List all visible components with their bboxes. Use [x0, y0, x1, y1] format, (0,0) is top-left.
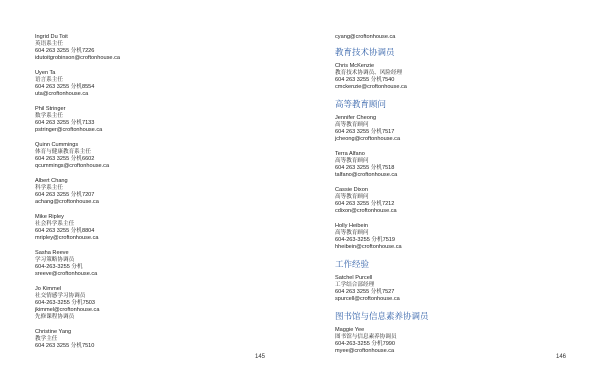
contact-title: 体育与健康教育系主任 [35, 149, 120, 156]
contact-title: 数学系主任 [35, 113, 120, 120]
contact-phone: 604 263 3255 分机7510 [35, 343, 120, 350]
contact-email: talfano@croftonhouse.ca [335, 172, 429, 179]
contact-name: Ingrid Du Toit [35, 34, 120, 41]
contact-title: 教育技术协调员、风险经理 [335, 70, 429, 77]
contact-email: myee@croftonhouse.ca [335, 348, 429, 355]
contact-entry: Christine Yang 教学主任 604 263 3255 分机7510 [35, 329, 120, 350]
contact-title: 工学结合部经理 [335, 282, 429, 289]
contact-email: cdixon@croftonhouse.ca [335, 208, 429, 215]
contact-email: spurcell@croftonhouse.ca [335, 296, 429, 303]
section-heading: 工作经验 [335, 259, 429, 270]
section-heading: 教育技术协调员 [335, 47, 429, 58]
contact-entry: Holly Heibein 高等教育顾问 604-263-3255 分机7519… [335, 223, 429, 251]
contact-email: cyang@croftonhouse.ca [335, 34, 429, 41]
contact-name: Cassie Dixon [335, 187, 429, 194]
contact-email: qcummings@croftonhouse.ca [35, 163, 120, 170]
contact-title: 社交情感学习协调员 [35, 293, 120, 300]
contact-name: Holly Heibein [335, 223, 429, 230]
left-page: Ingrid Du Toit 英语系主任 604 263 3255 分机7226… [0, 0, 300, 388]
page-number: 145 [255, 354, 265, 361]
contact-name: Mike Ripley [35, 214, 120, 221]
contact-title: 科学系主任 [35, 185, 120, 192]
contact-email: pstringer@croftonhouse.ca [35, 127, 120, 134]
contact-name: Jennifer Cheong [335, 115, 429, 122]
contact-name: Sasha Reeve [35, 250, 120, 257]
contact-email: hheibein@croftonhouse.ca [335, 244, 429, 251]
contact-title: 高等教育顾问 [335, 158, 429, 165]
contact-name: Satchel Purcell [335, 275, 429, 282]
contact-entry: Quinn Cummings 体育与健康教育系主任 604 263 3255 分… [35, 142, 120, 170]
contact-phone: 604 263 3255 分机7212 [335, 201, 429, 208]
contact-title: 图书馆与信息素养协调员 [335, 334, 429, 341]
contact-entry: Mike Ripley 社会科学系主任 604 263 3255 分机8804 … [35, 214, 120, 242]
contact-email: cmckenzie@croftonhouse.ca [335, 84, 429, 91]
contact-phone: 604 263 3255 分机7518 [335, 165, 429, 172]
section-heading: 高等教育顾问 [335, 99, 429, 110]
contact-entry: Jo Kimmel 社交情感学习协调员 604-263-3255 分机7503 … [35, 286, 120, 321]
right-page: cyang@croftonhouse.ca 教育技术协调员 Chris McKe… [300, 0, 600, 388]
contact-phone: 604 263 3255 分机8804 [35, 228, 120, 235]
contact-entry: Satchel Purcell 工学结合部经理 604 263 3255 分机7… [335, 275, 429, 303]
contact-extra-title: 先修课程协调员 [35, 314, 120, 321]
left-contact-column: Ingrid Du Toit 英语系主任 604 263 3255 分机7226… [35, 34, 120, 358]
contact-phone: 604 263 3255 分机7226 [35, 48, 120, 55]
contact-phone: 604 263 3255 分机7527 [335, 289, 429, 296]
contact-title: 高等教育顾问 [335, 194, 429, 201]
contact-name: Jo Kimmel [35, 286, 120, 293]
contact-entry: Terra Alfano 高等教育顾问 604 263 3255 分机7518 … [335, 151, 429, 179]
contact-entry: Cassie Dixon 高等教育顾问 604 263 3255 分机7212 … [335, 187, 429, 215]
contact-phone: 604 263 3255 分机6602 [35, 156, 120, 163]
contact-name: Terra Alfano [335, 151, 429, 158]
contact-entry: Uyen Ta 语言系主任 604 263 3255 分机8554 uta@cr… [35, 70, 120, 98]
contact-phone: 604 263 3255 分机7207 [35, 192, 120, 199]
contact-phone: 604-263-3255 分机7519 [335, 237, 429, 244]
contact-entry: Chris McKenzie 教育技术协调员、风险经理 604 263 3255… [335, 63, 429, 91]
contact-email: uta@croftonhouse.ca [35, 91, 120, 98]
contact-title: 学习策略协调员 [35, 257, 120, 264]
contact-phone: 604-263-3255 分机7503 [35, 300, 120, 307]
contact-phone: 604-263-3255 分机 [35, 264, 120, 271]
contact-name: Maggie Yee [335, 327, 429, 334]
contact-phone: 604 263 3255 分机7517 [335, 129, 429, 136]
contact-phone: 604 263 3255 分机7133 [35, 120, 120, 127]
contact-name: Phil Stringer [35, 106, 120, 113]
contact-email: achang@croftonhouse.ca [35, 199, 120, 206]
right-contact-column: cyang@croftonhouse.ca 教育技术协调员 Chris McKe… [335, 34, 429, 363]
contact-email: mripley@croftonhouse.ca [35, 235, 120, 242]
contact-name: Christine Yang [35, 329, 120, 336]
contact-email: jcheong@croftonhouse.ca [335, 136, 429, 143]
contact-phone: 604-263-3255 分机7990 [335, 341, 429, 348]
contact-title: 社会科学系主任 [35, 221, 120, 228]
contact-phone: 604 263 3255 分机7540 [335, 77, 429, 84]
contact-name: Quinn Cummings [35, 142, 120, 149]
contact-title: 高等教育顾问 [335, 230, 429, 237]
section-heading: 图书馆与信息素养协调员 [335, 311, 429, 322]
contact-title: 语言系主任 [35, 77, 120, 84]
contact-title: 教学主任 [35, 336, 120, 343]
contact-entry: Jennifer Cheong 高等教育顾问 604 263 3255 分机75… [335, 115, 429, 143]
contact-name: Albert Chang [35, 178, 120, 185]
contact-email: jkimmel@croftonhouse.ca [35, 307, 120, 314]
contact-email: idutoitgrobinson@croftonhouse.ca [35, 55, 120, 62]
contact-entry: Ingrid Du Toit 英语系主任 604 263 3255 分机7226… [35, 34, 120, 62]
contact-phone: 604 263 3255 分机8554 [35, 84, 120, 91]
contact-email: sreeve@croftonhouse.ca [35, 271, 120, 278]
contact-name: Chris McKenzie [335, 63, 429, 70]
contact-title: 英语系主任 [35, 41, 120, 48]
contact-entry: Maggie Yee 图书馆与信息素养协调员 604-263-3255 分机79… [335, 327, 429, 355]
page-number: 146 [556, 354, 566, 361]
contact-entry: Phil Stringer 数学系主任 604 263 3255 分机7133 … [35, 106, 120, 134]
contact-entry: Sasha Reeve 学习策略协调员 604-263-3255 分机 sree… [35, 250, 120, 278]
contact-entry: Albert Chang 科学系主任 604 263 3255 分机7207 a… [35, 178, 120, 206]
contact-name: Uyen Ta [35, 70, 120, 77]
contact-title: 高等教育顾问 [335, 122, 429, 129]
